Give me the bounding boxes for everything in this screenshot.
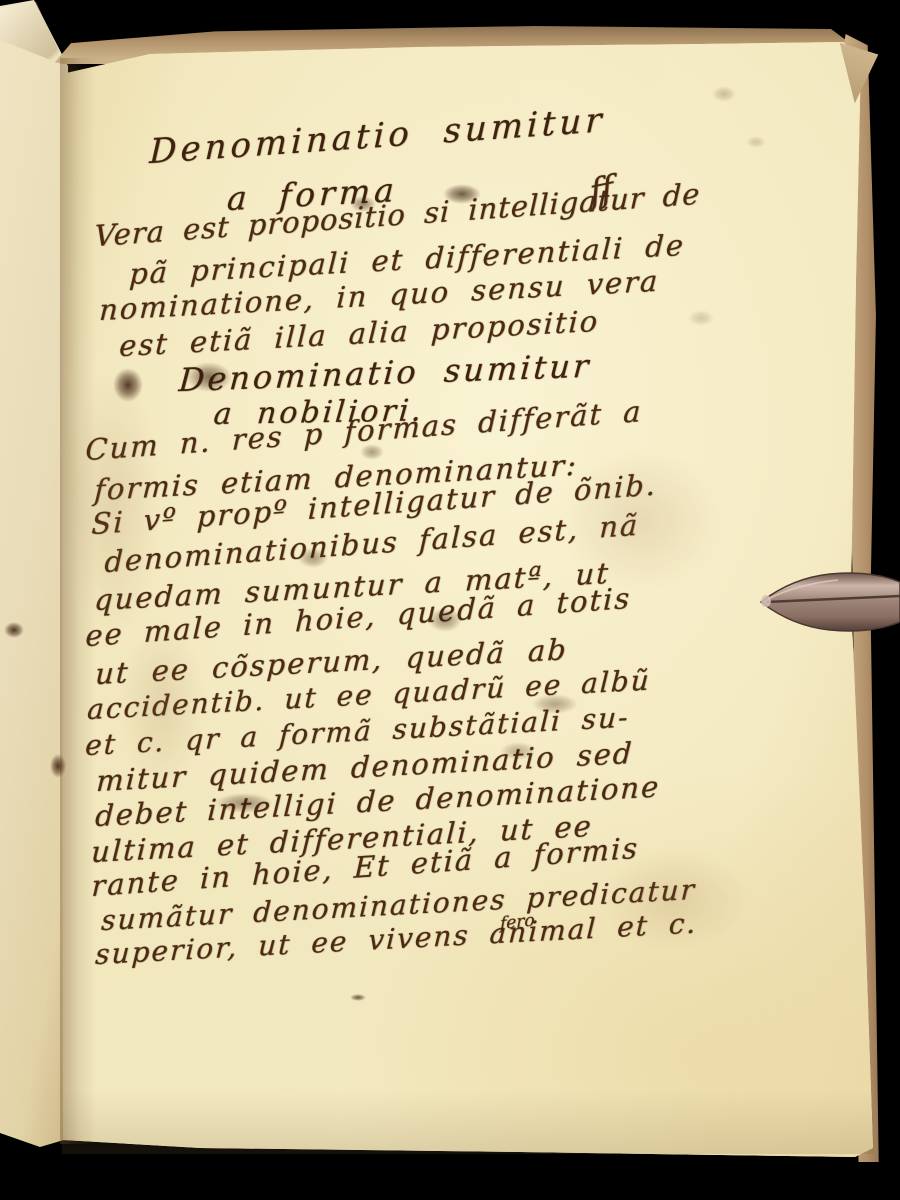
ink-stain bbox=[350, 994, 366, 1001]
ink-stain bbox=[712, 86, 736, 102]
book-clasp-icon bbox=[758, 566, 900, 640]
manuscript-line: Denominatio sumitur bbox=[149, 103, 606, 169]
ink-stain bbox=[4, 622, 24, 638]
ink-stain bbox=[746, 136, 766, 148]
book-clasp bbox=[758, 566, 900, 640]
ink-stain bbox=[688, 310, 714, 326]
manuscript-photo: Denominatio sumitura formaffVera est pro… bbox=[0, 0, 900, 1200]
ink-stain bbox=[50, 754, 66, 778]
ink-stain bbox=[113, 368, 143, 402]
